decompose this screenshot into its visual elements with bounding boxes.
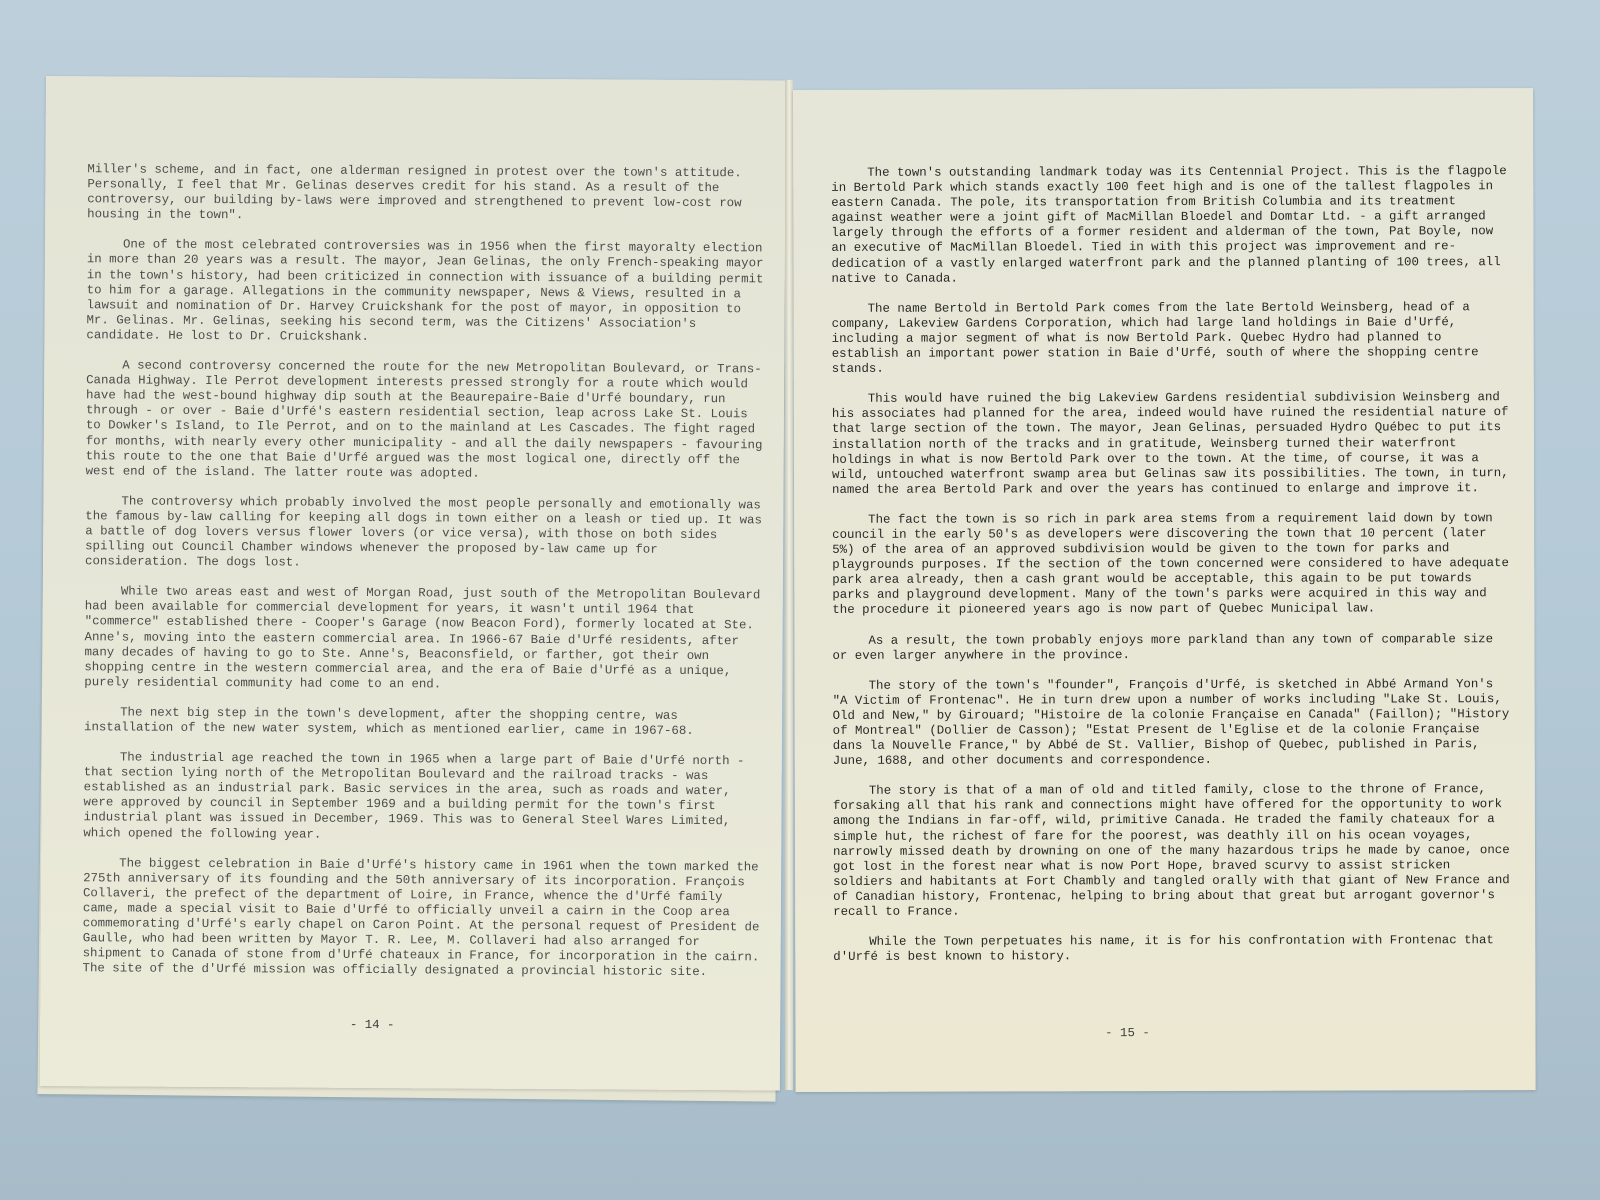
paragraph: This would have ruined the big Lakeview …: [832, 390, 1512, 497]
paragraph: The story of the town's "founder", Franç…: [833, 677, 1513, 769]
page-number: - 14 -: [2, 1016, 742, 1035]
paragraph: The industrial age reached the town in 1…: [83, 750, 764, 845]
paragraph: The biggest celebration in Baie d'Urfé's…: [82, 856, 763, 981]
right-page: The town's outstanding landmark today wa…: [793, 88, 1536, 1092]
paragraph: One of the most celebrated controversies…: [86, 238, 767, 348]
right-page-text: The town's outstanding landmark today wa…: [831, 164, 1513, 980]
book-spine: [785, 80, 793, 1090]
paragraph: As a result, the town probably enjoys mo…: [832, 632, 1512, 664]
paragraph: While two areas east and west of Morgan …: [84, 584, 765, 694]
paragraph: The controversy which probably involved …: [85, 494, 765, 574]
paragraph: The fact the town is so rich in park are…: [832, 511, 1512, 618]
paragraph: The name Bertold in Bertold Park comes f…: [832, 300, 1512, 377]
left-page: Miller's scheme, and in fact, one alderm…: [40, 76, 786, 1091]
paragraph: A second controversy concerned the route…: [86, 358, 767, 483]
paragraph: While the Town perpetuates his name, it …: [833, 933, 1513, 965]
page-number: - 15 -: [757, 1025, 1497, 1041]
paragraph: The town's outstanding landmark today wa…: [831, 164, 1511, 287]
paragraph: Miller's scheme, and in fact, one alderm…: [87, 162, 767, 227]
paragraph: The next big step in the town's developm…: [84, 705, 764, 739]
paragraph: The story is that of a man of old and ti…: [833, 782, 1513, 920]
left-page-text: Miller's scheme, and in fact, one alderm…: [82, 162, 767, 996]
